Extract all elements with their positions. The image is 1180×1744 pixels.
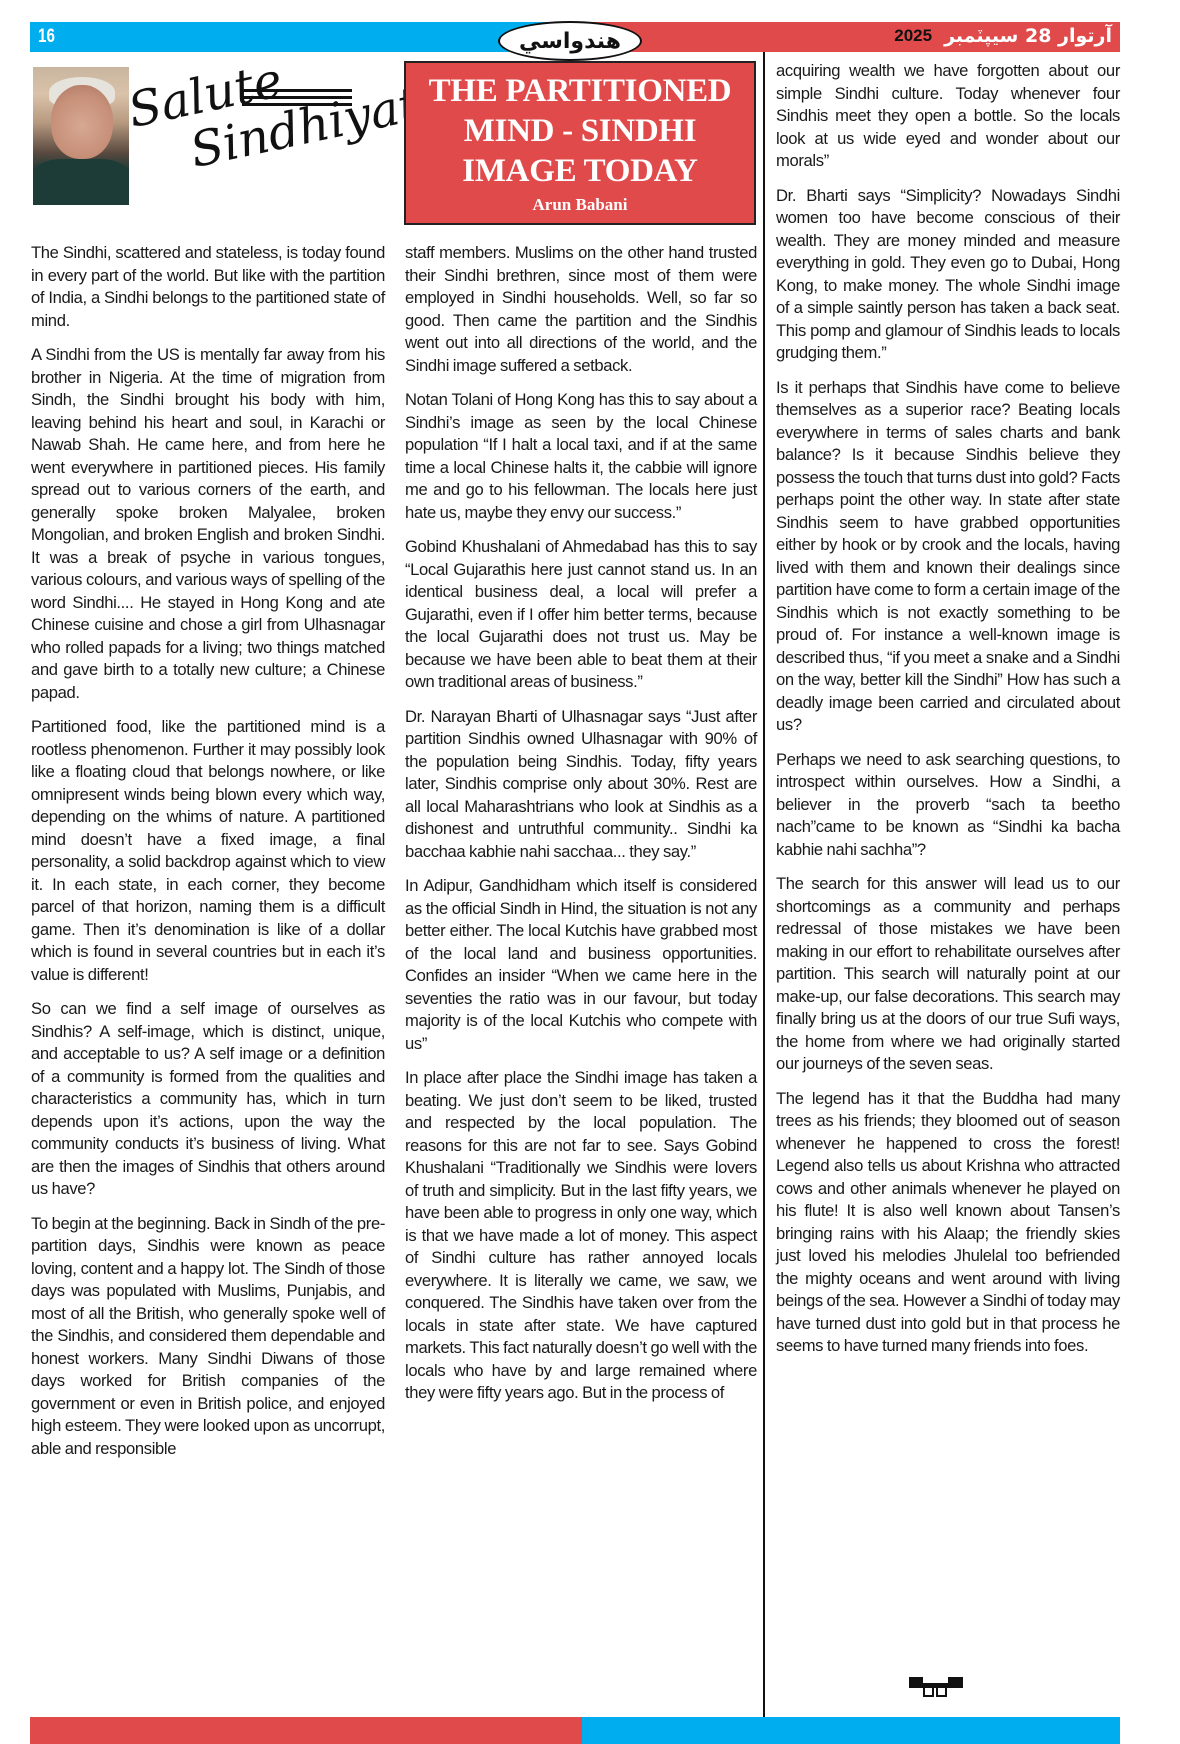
page-number: 16 [38,26,55,48]
article-column-1: The Sindhi, scattered and stateless, is … [31,242,385,1472]
column-divider [763,52,765,1717]
paragraph: The Sindhi, scattered and stateless, is … [31,242,385,332]
header-bar-blue: 16 [30,22,575,52]
paragraph: The search for this answer will lead us … [776,873,1120,1076]
paragraph: Gobind Khushalani of Ahmedabad has this … [405,536,757,694]
newspaper-logo: هندواسي [498,21,642,61]
issue-date: 2025 آرتوار 28 سيپٽمبر [894,25,1112,47]
paragraph: In place after place the Sindhi image ha… [405,1067,757,1405]
author-byline: Arun Babani [406,195,754,215]
paragraph: The legend has it that the Buddha had ma… [776,1088,1120,1358]
paragraph: Perhaps we need to ask searching questio… [776,749,1120,862]
paragraph: Notan Tolani of Hong Kong has this to sa… [405,389,757,524]
author-photo [33,67,129,205]
logo-text: هندواسي [519,29,621,54]
article-title: THE PARTITIONED MIND - SINDHI IMAGE TODA… [406,71,754,191]
date-year: 2025 [894,26,932,46]
footer-bar [30,1717,1120,1744]
paragraph: In Adipur, Gandhidham which itself is co… [405,875,757,1055]
paragraph: Partitioned food, like the partitioned m… [31,716,385,986]
end-of-article-icon [909,1677,963,1707]
footer-bar-red [30,1717,582,1744]
date-weekday-month: آرتوار 28 سيپٽمبر [944,25,1112,47]
header-bar-red: 2025 آرتوار 28 سيپٽمبر [575,22,1120,52]
paragraph: To begin at the beginning. Back in Sindh… [31,1213,385,1461]
paragraph: Dr. Narayan Bharti of Ulhasnagar says “J… [405,706,757,864]
column-logo-salute-sindhiyat: Salute Sindhiyat [135,75,385,205]
footer-bar-blue [582,1717,1120,1744]
paragraph: Is it perhaps that Sindhis have come to … [776,377,1120,737]
article-column-3: acquiring wealth we have forgotten about… [776,60,1120,1370]
paragraph: acquiring wealth we have forgotten about… [776,60,1120,173]
article-column-2: staff members. Muslims on the other hand… [405,242,757,1417]
paragraph: staff members. Muslims on the other hand… [405,242,757,377]
paragraph: So can we find a self image of ourselves… [31,998,385,1201]
article-title-box: THE PARTITIONED MIND - SINDHI IMAGE TODA… [404,61,756,225]
paragraph: A Sindhi from the US is mentally far awa… [31,344,385,704]
paragraph: Dr. Bharti says “Simplicity? Nowadays Si… [776,185,1120,365]
